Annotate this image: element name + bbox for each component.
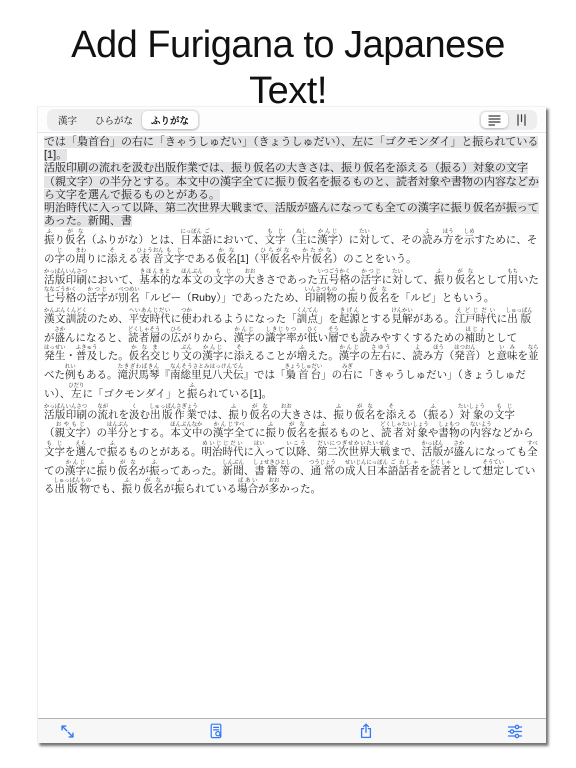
ruby-paragraph: 振ふり仮が名な（ふりがな）とは、日本にっぽん語ごにおいて、文字もじ（主ぬしに漢字…	[44, 229, 540, 268]
furigana-text[interactable]: では「梟首台」の右に「きゃうしゅだい」（きょうしゅだい）、左に「ゴクモンダイ」と…	[38, 132, 546, 718]
text-orientation-segmented-control	[479, 110, 537, 130]
view-mode-segmented-control: 漢字 ひらがな ふりがな	[47, 109, 200, 131]
ruby-paragraph: 活版印刷かっぱんいんさつの流ながれを汲くむ出版作業しゅっぱんさぎょうでは、振ふり…	[44, 404, 540, 499]
horizontal-text-icon	[488, 114, 501, 126]
highlighted-plain-text: では「梟首台」の右に「きゃうしゅだい」（きょうしゅだい）、左に「ゴクモンダイ」と…	[44, 136, 539, 227]
ruby-paragraph: 活版印刷かっぱんいんさつにおいて、基本的きほんまとな本文ほんぶんの文字もじの大お…	[44, 269, 540, 308]
sliders-icon	[507, 724, 523, 739]
horizontal-text-button[interactable]	[481, 112, 508, 128]
vertical-text-icon	[515, 114, 528, 126]
app-toolbar: 漢字 ひらがな ふりがな	[38, 107, 546, 132]
tab-kanji[interactable]: 漢字	[49, 111, 86, 129]
expand-button[interactable]	[56, 721, 78, 741]
app-screenshot: 漢字 ひらがな ふりがな	[37, 106, 546, 743]
ruby-paragraph: 漢文訓読かんぶんくんどくのため、平安時代へいあんじだいに使つかわれるようになった…	[44, 308, 540, 403]
share-button[interactable]	[355, 721, 377, 741]
document-search-icon	[209, 723, 223, 739]
tab-furigana[interactable]: ふりがな	[142, 111, 198, 129]
settings-button[interactable]	[504, 721, 526, 741]
vertical-text-button[interactable]	[508, 112, 535, 128]
document-lookup-button[interactable]	[205, 721, 227, 741]
tab-hiragana[interactable]: ひらがな	[86, 111, 142, 129]
plain-text-paragraph: では「梟首台」の右に「きゃうしゅだい」（きょうしゅだい）、左に「ゴクモンダイ」と…	[44, 136, 540, 228]
share-icon	[359, 723, 373, 739]
page-title: Add Furigana to Japanese Text!	[38, 0, 538, 104]
expand-icon	[60, 724, 75, 739]
bottom-toolbar	[38, 718, 546, 743]
